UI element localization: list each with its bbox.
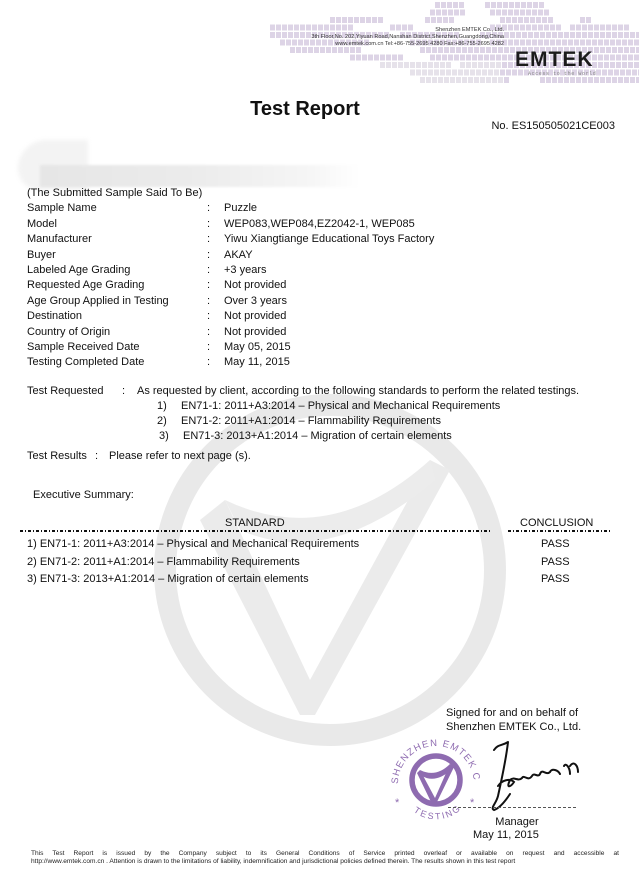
info-label: Labeled Age Grading (27, 263, 130, 278)
separator: : (207, 294, 210, 309)
sample-info-intro: (The Submitted Sample Said To Be) (27, 186, 202, 201)
separator: : (207, 355, 210, 370)
standard-text: EN71-2: 2011+A1:2014 – Flammability Requ… (181, 415, 441, 427)
separator: : (207, 309, 210, 324)
info-label: Destination (27, 309, 82, 324)
info-row: Sample Received Date : May 05, 2015 (27, 340, 202, 355)
test-requested-section: Test Requested : As requested by client,… (27, 384, 103, 444)
standard-cell: 3) EN71-3: 2013+A1:2014 – Migration of c… (27, 571, 309, 589)
info-label: Age Group Applied in Testing (27, 294, 169, 309)
info-row: Model : WEP083,WEP084,EZ2042-1, WEP085 (27, 217, 202, 232)
standard-number: 3) (159, 429, 183, 444)
info-value: Puzzle (224, 201, 257, 216)
standard-number: 2) (157, 414, 181, 429)
separator: : (122, 384, 125, 399)
signature-line (448, 807, 576, 808)
logo-tagline: Access to the World (528, 71, 596, 77)
separator: : (207, 325, 210, 340)
info-row: Sample Name : Puzzle (27, 201, 202, 216)
standard-cell: 2) EN71-2: 2011+A1:2014 – Flammability R… (27, 554, 300, 572)
signature-date: May 11, 2015 (473, 829, 539, 841)
emtek-logo: EMTEK (515, 48, 594, 72)
table-row: 3) EN71-3: 2013+A1:2014 – Migration of c… (27, 571, 617, 589)
separator: : (207, 278, 210, 293)
table-row: 1) EN71-1: 2011+A3:2014 – Physical and M… (27, 536, 617, 554)
legal-footer: This Test Report is issued by the Compan… (31, 850, 619, 867)
column-header-standard: STANDARD (225, 517, 285, 529)
test-requested-text: As requested by client, according to the… (137, 384, 579, 399)
info-value: Not provided (224, 278, 286, 293)
table-row: 2) EN71-2: 2011+A1:2014 – Flammability R… (27, 554, 617, 572)
report-number: No. ES150505021CE003 (491, 120, 615, 132)
company-stamp-icon: SHENZHEN EMTEK CO., LTD. TESTING * * (384, 726, 488, 830)
separator: : (207, 217, 210, 232)
info-label: Sample Name (27, 201, 97, 216)
test-requested-label: Test Requested (27, 385, 103, 397)
separator: : (207, 340, 210, 355)
footer-line-2: http://www.emtek.com.cn . Attention is d… (31, 858, 619, 866)
standard-text: EN71-3: 2013+A1:2014 – Migration of cert… (183, 430, 452, 442)
info-value: +3 years (224, 263, 267, 278)
info-row: Labeled Age Grading : +3 years (27, 263, 202, 278)
divider-conclusion (508, 530, 610, 532)
footer-line-1: This Test Report is issued by the Compan… (31, 850, 619, 858)
company-name: Shenzhen EMTEK Co., Ltd. (311, 27, 504, 34)
info-label: Country of Origin (27, 325, 110, 340)
separator: : (95, 450, 98, 462)
separator: : (207, 248, 210, 263)
conclusion-cell: PASS (541, 554, 570, 572)
info-row: Destination : Not provided (27, 309, 202, 324)
info-row: Testing Completed Date : May 11, 2015 (27, 355, 202, 370)
standard-number: 1) (157, 399, 181, 414)
info-value: May 05, 2015 (224, 340, 291, 355)
executive-summary-title: Executive Summary: (33, 489, 134, 501)
info-row: Country of Origin : Not provided (27, 325, 202, 340)
info-label: Sample Received Date (27, 340, 140, 355)
standard-cell: 1) EN71-1: 2011+A3:2014 – Physical and M… (27, 536, 359, 554)
standard-item: 2)EN71-2: 2011+A1:2014 – Flammability Re… (27, 414, 103, 429)
info-label: Manufacturer (27, 232, 92, 247)
standard-item: 1)EN71-1: 2011+A3:2014 – Physical and Me… (27, 399, 103, 414)
conclusion-cell: PASS (541, 571, 570, 589)
separator: : (207, 201, 210, 216)
column-header-conclusion: CONCLUSION (520, 517, 593, 529)
sample-info-section: (The Submitted Sample Said To Be) Sample… (27, 186, 202, 371)
info-row: Manufacturer : Yiwu Xiangtiange Educatio… (27, 232, 202, 247)
test-results-text: Please refer to next page (s). (109, 450, 251, 462)
info-value: Over 3 years (224, 294, 287, 309)
info-value: Not provided (224, 325, 286, 340)
info-label: Testing Completed Date (27, 355, 144, 370)
info-row: Age Group Applied in Testing : Over 3 ye… (27, 294, 202, 309)
info-value: May 11, 2015 (224, 355, 290, 370)
info-label: Buyer (27, 248, 56, 263)
test-results-section: Test Results : Please refer to next page… (27, 450, 87, 462)
handwritten-signature (480, 738, 590, 813)
info-value: WEP083,WEP084,EZ2042-1, WEP085 (224, 217, 415, 232)
standard-item: 3)EN71-3: 2013+A1:2014 – Migration of ce… (27, 429, 103, 444)
company-address: 3th Floor,No. 202,Yiyuan Road,Nanshan Di… (311, 34, 504, 41)
info-value: AKAY (224, 248, 253, 263)
info-label: Model (27, 217, 57, 232)
conclusion-cell: PASS (541, 536, 570, 554)
info-label: Requested Age Grading (27, 278, 144, 293)
separator: : (207, 263, 210, 278)
test-results-label: Test Results (27, 450, 87, 462)
signer-title: Manager (487, 816, 547, 829)
company-address-block: Shenzhen EMTEK Co., Ltd. 3th Floor,No. 2… (311, 27, 504, 49)
info-row: Requested Age Grading : Not provided (27, 278, 202, 293)
signed-for-text: Signed for and on behalf of (446, 706, 581, 720)
svg-text:*: * (395, 797, 400, 809)
page-title: Test Report (0, 98, 610, 121)
divider-standard (20, 530, 490, 532)
redacted-region (40, 165, 360, 187)
separator: : (207, 232, 210, 247)
info-row: Buyer : AKAY (27, 248, 202, 263)
standard-text: EN71-1: 2011+A3:2014 – Physical and Mech… (181, 400, 500, 412)
summary-table: 1) EN71-1: 2011+A3:2014 – Physical and M… (27, 536, 617, 589)
info-value: Not provided (224, 309, 286, 324)
company-contact: www.emtek.com.cn Tel:+86-755-2695 4280 F… (311, 41, 504, 48)
info-value: Yiwu Xiangtiange Educational Toys Factor… (224, 232, 434, 247)
